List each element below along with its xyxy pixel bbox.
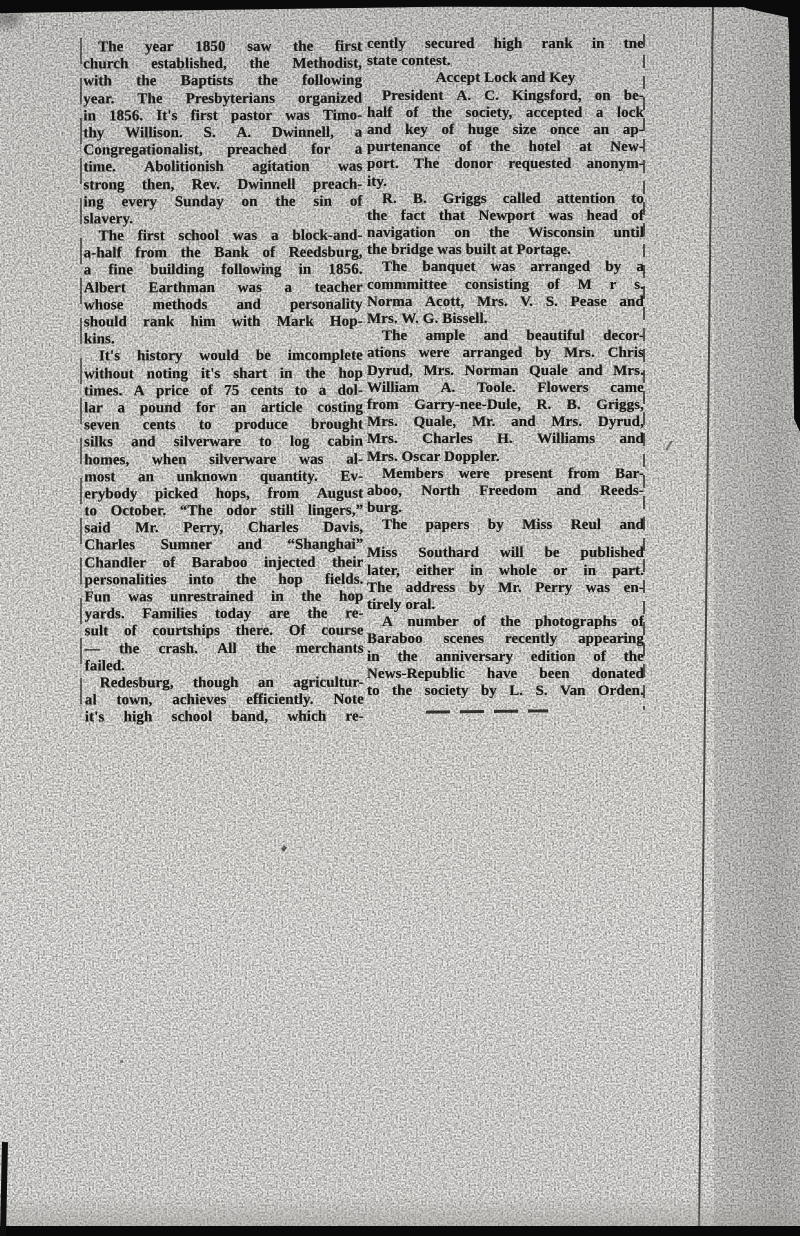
text-line: Redesburg,thoughanagricultur- [85, 675, 364, 693]
text-line: WilliamA.Toole.Flowerscame [367, 380, 644, 397]
text-line: saidMr.Perry,CharlesDavis, [84, 520, 363, 538]
text-line: thyWillison.S.A.Dwinnell,a [83, 125, 362, 143]
text-line: strongthen,Rev.Dwinnellpreach- [83, 176, 362, 194]
text-line: andkeyofhugesizeonceanap- [367, 122, 644, 139]
text-line: sultofcourtshipsthere.Ofcourse [85, 623, 364, 641]
text-line: whosemethodsandpersonality [84, 296, 363, 314]
text-line: erybodypickedhops,fromAugust [84, 486, 363, 504]
text-line: Mrs. W. G. Bissell. [367, 311, 644, 328]
text-line: tirely oral. [367, 597, 644, 614]
text-line: year.ThePresbyteriansorganized [83, 90, 362, 108]
text-line: larapoundforanarticlecosting [84, 400, 363, 418]
text-line: News-Republichavebeendonated [367, 666, 644, 683]
text-line: navigationontheWisconsinuntil [367, 225, 644, 242]
text-line: sevencentstoproducebrought [84, 417, 363, 435]
text-line: halfofthesociety,acceptedalock [367, 105, 644, 122]
text-line: toOctober.“Theodorstilllingers,” [84, 503, 363, 521]
article-subheading: Accept Lock and Key [367, 70, 644, 87]
text-line: R.B.Griggscalledattentionto [367, 191, 644, 208]
text-line: kins. [84, 331, 363, 349]
text-line: port.Thedonorrequestedanonym- [367, 156, 644, 173]
film-border-bottom [0, 1226, 800, 1236]
text-line: MissSouthardwillbepublished [367, 545, 644, 562]
text-line: centlysecuredhighrankintne [367, 36, 644, 53]
text-line: MemberswerepresentfromBar- [367, 466, 644, 483]
text-line: afinebuildingfollowingin1856. [84, 262, 363, 280]
text-line: burg. [367, 500, 644, 517]
text-line: tothesocietybyL.S.VanOrden. [367, 683, 644, 700]
text-line: withtheBaptiststhefollowing [83, 73, 362, 91]
film-border-top [0, 0, 800, 16]
ink-speck [665, 440, 673, 450]
text-line: ingeverySundayonthesinof [84, 193, 363, 211]
pencil-smudge [0, 10, 26, 32]
text-line: failed. [85, 657, 364, 675]
dashed-separator [426, 709, 548, 713]
text-line: ChandlerofBarabooinjectedtheir [84, 554, 363, 572]
text-line: times.Apriceof75centstoadol- [84, 382, 363, 400]
text-line: Theampleandbeautifuldecor- [367, 328, 644, 345]
text-line: later,eitherinwholeorinpart. [367, 563, 644, 580]
text-line: TheaddressbyMr.Perrywasen- [367, 580, 644, 597]
text-line: Barabooscenesrecentlyappearing [367, 631, 644, 648]
paste-gap [367, 534, 644, 545]
text-line: mostanunknownquantity.Ev- [84, 468, 363, 486]
column-rule-right [643, 34, 645, 710]
text-line: the bridge was built at Portage. [367, 242, 644, 259]
text-line: commmitteeconsistingofMrs. [367, 277, 644, 294]
text-line: ationswerearrangedbyMrs.Chris [367, 345, 644, 362]
scanned-newspaper-page: Theyear1850sawthefirstchurchestablished,… [0, 0, 800, 1236]
text-line: fromGarry-nee-Dule,R.B.Griggs, [367, 397, 644, 414]
ink-speck [120, 1060, 123, 1063]
text-line: altown,achievesefficiently.Note [85, 692, 364, 710]
text-line: Thebanquetwasarrangedbya [367, 259, 644, 276]
text-line: state contest. [367, 53, 644, 70]
text-line: Mrs.Quale,Mr.andMrs.Dyrud, [367, 414, 644, 431]
text-line: purtenanceofthehotelatNew- [367, 139, 644, 156]
text-line: a-halffromtheBankofReedsburg, [84, 245, 363, 263]
page-fold-line [698, 0, 714, 1236]
text-line: thefactthatNewportwasheadof [367, 208, 644, 225]
text-line: Thefirstschoolwasablock-and- [84, 228, 363, 246]
text-line: Dyrud,Mrs.NormanQualeandMrs. [367, 363, 644, 380]
text-line: homes,whensilverwarewasal- [84, 451, 363, 469]
article-column-right: centlysecuredhighrankintnestate contest.… [367, 36, 644, 700]
text-line: ThepapersbyMissReuland [367, 517, 644, 534]
text-line: shouldrankhimwithMarkHop- [84, 314, 363, 332]
text-line: yards.Familiestodayarethere- [85, 606, 364, 624]
text-line: personalitiesintothehopfields. [84, 571, 363, 589]
text-line: Mrs. Oscar Doppler. [367, 449, 644, 466]
text-line: NormaAcott,Mrs.V.S.Peaseand [367, 294, 644, 311]
text-line: time.Abolitionishagitationwas [83, 159, 362, 177]
text-line: it'shighschoolband,whichre- [85, 709, 364, 727]
text-line: —thecrash.Allthemerchants [85, 640, 364, 658]
text-line: silksandsilverwaretologcabin [84, 434, 363, 452]
text-line: AlbertEarthmanwasateacher [84, 279, 363, 297]
column-rule-left [80, 38, 82, 718]
bottom-gutter-shadow [0, 1196, 800, 1226]
text-line: Mrs.CharlesH.Williamsand [367, 431, 644, 448]
text-line: Theyear1850sawthefirst [83, 39, 362, 57]
text-line: CharlesSumnerand“Shanghai” [84, 537, 363, 555]
text-line: intheanniversaryeditionofthe [367, 649, 644, 666]
text-line: Funwasunrestrainedinthehop [85, 589, 364, 607]
text-line: Anumberofthephotographsof [367, 614, 644, 631]
text-line: slavery. [84, 211, 363, 229]
text-line: It'shistorywouldbeimcomplete [84, 348, 363, 366]
article-column-left: Theyear1850sawthefirstchurchestablished,… [83, 39, 364, 727]
text-line: churchestablished,theMethodist, [83, 56, 362, 74]
text-line: withoutnotingit'sshartinthehop [84, 365, 363, 383]
text-line: PresidentA.C.Kingsford,onbe- [367, 88, 644, 105]
page-fold-band [714, 0, 800, 1236]
text-line: ity. [367, 174, 644, 191]
text-line: Congregationalist,preachedfora [83, 142, 362, 160]
text-line: aboo,NorthFreedomandReeds- [367, 483, 644, 500]
ink-speck [281, 845, 287, 851]
text-line: in1856.It'sfirstpastorwasTimo- [83, 107, 362, 125]
